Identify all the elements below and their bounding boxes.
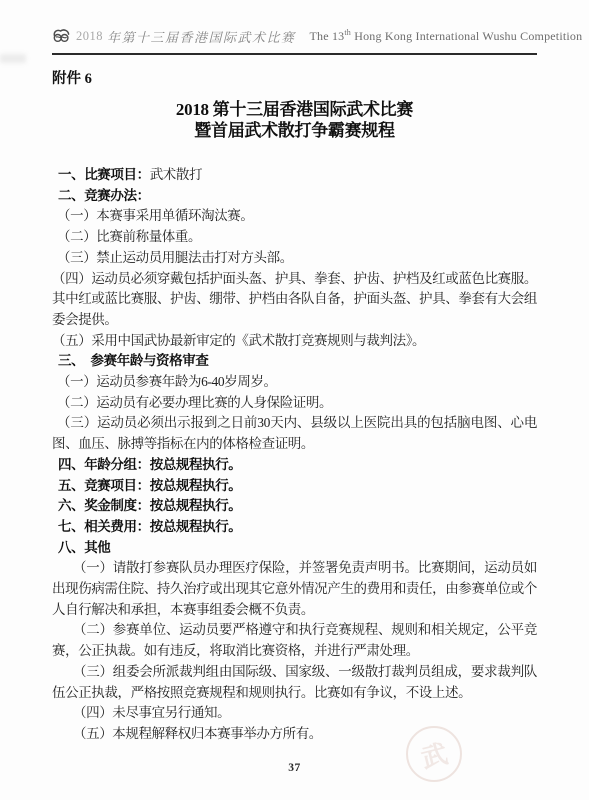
section-heading: 八、其他 (52, 538, 537, 559)
paragraph: （一）请散打参赛队员办理医疗保险，并签署免责声明书。比赛期间，运动员如出现伤病需… (52, 558, 537, 620)
document-title: 2018 第十三届香港国际武术比赛 暨首届武术散打争霸赛规程 (52, 99, 537, 141)
paragraph: （一）本赛事采用单循环淘汰赛。 (52, 206, 537, 227)
document-body: 一、比赛项目：武术散打二、竞赛办法：（一）本赛事采用单循环淘汰赛。（二）比赛前称… (52, 165, 537, 745)
header-title-en-ordinal: th (344, 28, 351, 37)
header-year: 2018 (76, 29, 103, 44)
paragraph: （三）禁止运动员用腿法击打对方头部。 (52, 248, 537, 269)
section-heading: 七、相关费用：按总规程执行。 (52, 517, 537, 538)
section-heading: 四、年龄分组：按总规程执行。 (52, 455, 537, 476)
paragraph: （一）运动员参赛年龄为6-40岁周岁。 (52, 372, 537, 393)
paragraph: （三）组委会所派裁判组由国际级、国家级、一级散打裁判员组成，要求裁判队伍公正执裁… (52, 662, 537, 703)
paragraph: （五）采用中国武协最新审定的《武术散打竞赛规则与裁判法》。 (52, 331, 537, 352)
paragraph: （二）运动员有必要办理比赛的人身保险证明。 (52, 393, 537, 414)
document-title-line2: 暨首届武术散打争霸赛规程 (52, 120, 537, 141)
page-header: 2018 年第十三届香港国际武术比赛 The 13th Hong Kong In… (52, 26, 537, 46)
header-divider (52, 53, 537, 55)
document-title-line1: 2018 第十三届香港国际武术比赛 (52, 99, 537, 120)
section-heading: 三、 参赛年龄与资格审查 (52, 351, 537, 372)
section-heading: 六、奖金制度：按总规程执行。 (52, 496, 537, 517)
section-heading: 二、竞赛办法： (52, 186, 537, 207)
page-number: 37 (0, 762, 589, 774)
wushu-logo-icon (52, 28, 71, 45)
section-heading: 五、竞赛项目：按总规程执行。 (52, 476, 537, 497)
header-title-zh: 年第十三届香港国际武术比赛 (107, 27, 296, 46)
header-title-en: The 13th Hong Kong International Wushu C… (310, 28, 583, 44)
paragraph: （四）运动员必须穿戴包括护面头盔、护具、拳套、护齿、护档及红或蓝色比赛服。其中红… (52, 269, 537, 331)
scan-artifact (0, 54, 26, 63)
paragraph: （二）参赛单位、运动员要严格遵守和执行竞赛规程、规则和相关规定，公平竞赛，公正执… (52, 620, 537, 661)
attachment-label: 附件 6 (52, 67, 537, 88)
paragraph: （四）未尽事宜另行通知。 (52, 703, 537, 724)
header-title-en-rest: Hong Kong International Wushu Competitio… (351, 29, 582, 43)
document-page: 2018 年第十三届香港国际武术比赛 The 13th Hong Kong In… (0, 0, 589, 800)
paragraph: 一、比赛项目：武术散打 (52, 165, 537, 186)
paragraph: （二）比赛前称量体重。 (52, 227, 537, 248)
paragraph: （三）运动员必须出示报到之日前30天内、县级以上医院出具的包括脑电图、心电图、血… (52, 413, 537, 454)
header-title-en-prefix: The 13 (310, 29, 345, 43)
paragraph: （五）本规程解释权归本赛事举办方所有。 (52, 724, 537, 745)
